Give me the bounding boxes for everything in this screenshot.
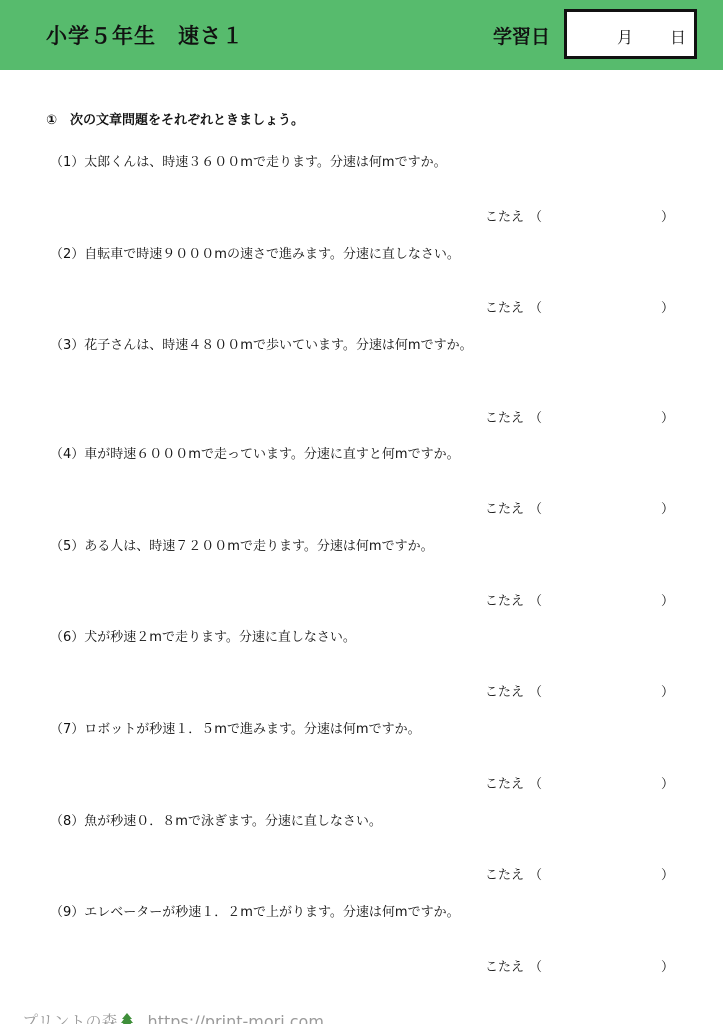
answer-label: こたえ <box>485 498 524 517</box>
question-number: （7） <box>50 722 84 737</box>
answer-label: こたえ <box>485 773 524 792</box>
question-text: 花子さんは、時速４８００mで歩いています。分速は何mですか。 <box>84 338 472 353</box>
evergreen-tree-icon <box>120 1013 134 1024</box>
question-text: ロボットが秒速１．５mで進みます。分速は何mですか。 <box>84 722 420 737</box>
month-label: 月 <box>617 25 633 48</box>
question-number: （3） <box>50 338 84 353</box>
question-number: （4） <box>50 447 84 462</box>
question-number: （9） <box>50 905 84 920</box>
question-number: （6） <box>50 630 84 645</box>
question-text: 自転車で時速９０００mの速さで進みます。分速に直しなさい。 <box>84 247 460 262</box>
study-date-label: 学習日 <box>493 22 550 49</box>
answer-field[interactable] <box>541 681 661 699</box>
answer-label: こたえ <box>485 590 524 609</box>
day-label: 日 <box>670 25 686 48</box>
answer-paren-close: ） <box>661 498 674 517</box>
site-url-link[interactable]: https://print-mori.com <box>148 1012 324 1024</box>
question-6: （6）犬が秒速２mで走ります。分速に直しなさい。 <box>50 626 356 645</box>
answer-field[interactable] <box>541 498 661 516</box>
header-band: 小学５年生 速さ１ 学習日 月 日 <box>0 0 723 70</box>
answer-paren-close: ） <box>661 590 674 609</box>
question-2: （2）自転車で時速９０００mの速さで進みます。分速に直しなさい。 <box>50 243 460 262</box>
answer-1: こたえ （ ） <box>485 206 670 224</box>
answer-field[interactable] <box>541 773 661 791</box>
answer-field[interactable] <box>541 590 661 608</box>
answer-field[interactable] <box>541 297 661 315</box>
answer-paren-close: ） <box>661 956 674 975</box>
question-text: 魚が秒速０．８mで泳ぎます。分速に直しなさい。 <box>84 814 382 829</box>
answer-paren-close: ） <box>661 206 674 225</box>
answer-label: こたえ <box>485 206 524 225</box>
answer-paren-close: ） <box>661 407 674 426</box>
question-number: （2） <box>50 247 84 262</box>
answer-label: こたえ <box>485 956 524 975</box>
question-4: （4）車が時速６０００mで走っています。分速に直すと何mですか。 <box>50 443 460 462</box>
footer: プリントの森https://print-mori.com <box>12 990 324 1024</box>
answer-6: こたえ （ ） <box>485 681 670 699</box>
answer-2: こたえ （ ） <box>485 297 670 315</box>
page-title: 小学５年生 速さ１ <box>46 20 244 50</box>
answer-paren-close: ） <box>661 864 674 883</box>
study-date-box[interactable]: 月 日 <box>564 9 697 59</box>
answer-9: こたえ （ ） <box>485 956 670 974</box>
answer-4: こたえ （ ） <box>485 498 670 516</box>
answer-7: こたえ （ ） <box>485 773 670 791</box>
answer-field[interactable] <box>541 407 661 425</box>
question-number: （8） <box>50 814 84 829</box>
question-5: （5）ある人は、時速７２００mで走ります。分速は何mですか。 <box>50 535 434 554</box>
question-text: 車が時速６０００mで走っています。分速に直すと何mですか。 <box>84 447 459 462</box>
answer-label: こたえ <box>485 864 524 883</box>
question-8: （8）魚が秒速０．８mで泳ぎます。分速に直しなさい。 <box>50 810 382 829</box>
question-1: （1）太郎くんは、時速３６００mで走ります。分速は何mですか。 <box>50 151 447 170</box>
question-3: （3）花子さんは、時速４８００mで歩いています。分速は何mですか。 <box>50 334 473 353</box>
question-text: 太郎くんは、時速３６００mで走ります。分速は何mですか。 <box>84 155 446 170</box>
answer-label: こたえ <box>485 407 524 426</box>
question-number: （1） <box>50 155 84 170</box>
question-text: ある人は、時速７２００mで走ります。分速は何mですか。 <box>84 539 433 554</box>
answer-label: こたえ <box>485 681 524 700</box>
answer-8: こたえ （ ） <box>485 864 670 882</box>
answer-paren-close: ） <box>661 773 674 792</box>
answer-3: こたえ （ ） <box>485 407 670 425</box>
question-9: （9）エレベーターが秒速１．２mで上がります。分速は何mですか。 <box>50 901 460 920</box>
question-7: （7）ロボットが秒速１．５mで進みます。分速は何mですか。 <box>50 718 421 737</box>
answer-field[interactable] <box>541 956 661 974</box>
question-number: （5） <box>50 539 84 554</box>
instruction-text: ① 次の文章問題をそれぞれときましょう。 <box>46 109 304 128</box>
answer-field[interactable] <box>541 864 661 882</box>
answer-field[interactable] <box>541 206 661 224</box>
question-text: 犬が秒速２mで走ります。分速に直しなさい。 <box>84 630 356 645</box>
answer-label: こたえ <box>485 297 524 316</box>
question-text: エレベーターが秒速１．２mで上がります。分速は何mですか。 <box>84 905 459 920</box>
answer-paren-close: ） <box>661 681 674 700</box>
answer-paren-close: ） <box>661 297 674 316</box>
answer-5: こたえ （ ） <box>485 590 670 608</box>
site-name: プリントの森 <box>22 1012 117 1024</box>
